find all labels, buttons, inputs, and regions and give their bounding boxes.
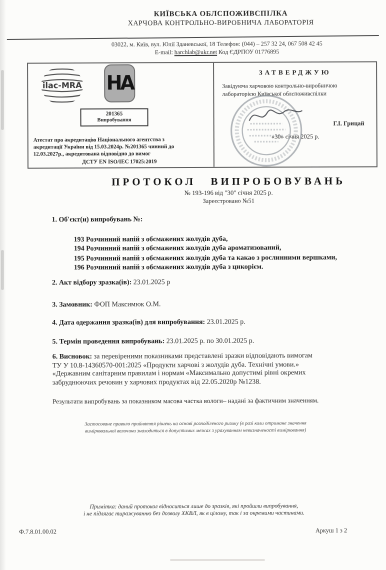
item5-label: 5. Термін проведення випробувань: <box>52 337 164 345</box>
accreditation-cert-box: 201365 Випробування <box>80 108 148 126</box>
letterhead: КИЇВСЬКА ОБЛСПОЖИВСПІЛКА ХАРЧОВА КОНТРОЛ… <box>59 8 383 27</box>
edrpou-code: Код ЄДРПОУ 01776895 <box>219 50 280 56</box>
item2-value: 23.01.2025 р <box>133 278 170 286</box>
approver-name: Г.І. Грицай <box>333 120 364 127</box>
email-address: harchlab@ukr.net <box>174 50 217 56</box>
naau-logo-text: НА <box>106 72 133 95</box>
item4-label: 4. Дата одержання зразка(ів) для випробу… <box>52 318 205 327</box>
protocol-heading: ПРОТОКОЛ ВИПРОБОВУВАНЬ № 193-196 від "30… <box>66 176 386 205</box>
org-name: КИЇВСЬКА ОБЛСПОЖИВСПІЛКА <box>59 8 383 18</box>
accreditation-standard: ДСТУ EN ISO/IEC 17025:2019 <box>33 159 205 166</box>
contact-block: 03022, м. Київ, вул. Юлії Зданевської, 1… <box>55 40 379 57</box>
accreditation-cell: ilac-MRA НА 201365 Випробування Атестат … <box>28 63 214 168</box>
form-code: Ф.7.8.01.00.02 <box>19 529 56 536</box>
item6-label: 6. Висновок: <box>52 352 92 360</box>
sample-row: 196 Розчинний напій з обсмажених жолудів… <box>74 262 376 273</box>
signature-icon <box>246 103 304 129</box>
cert-scope: Випробування <box>81 117 147 123</box>
sheet-number: Аркуш 1 з 2 <box>315 527 347 534</box>
footer-form-row: Ф.7.8.01.00.02 Аркуш 1 з 2 <box>19 527 347 535</box>
item4-value: 23.01.2025 р. <box>207 318 246 326</box>
item5-value: 23.01.2025 р. по 30.01.2025 р. <box>166 337 254 345</box>
approval-cell: ЗАТВЕРДЖУЮ Завідуюча харчовою контрольно… <box>214 62 376 167</box>
item3-customer: 3. Замовник: ФОП Максимюк О.М. <box>52 299 376 308</box>
email-label: E-mail: <box>155 50 173 56</box>
item6-conclusion: 6. Висновок: за перевіреними показниками… <box>52 351 376 387</box>
item2-sampling-act: 2. Акт відбору зразка(ів): 23.01.2025 р <box>52 277 376 286</box>
email-line: E-mail: harchlab@ukr.net Код ЄДРПОУ 0177… <box>55 48 379 57</box>
protocol-registration: Зареєстровано №51 <box>66 197 386 205</box>
sample-list: 193 Розчинний напій з обсмажених жолудів… <box>74 234 376 273</box>
header-divider <box>7 35 379 40</box>
item5-test-period: 5. Термін проведення випробувань: 23.01.… <box>52 336 376 345</box>
lab-name: ХАРЧОВА КОНТРОЛЬНО-ВИРОБНИЧА ЛАБОРАТОРІЯ <box>59 18 383 27</box>
item2-label: 2. Акт відбору зразка(ів): <box>52 278 132 286</box>
decision-rule-note: Застосоване правило прийняття рішень на … <box>57 421 335 436</box>
svg-text:ilac-MRA: ilac-MRA <box>42 81 82 90</box>
accreditation-statement: Атестат про акредитацію Національного аг… <box>33 137 205 159</box>
item1-label: 1. Об'єкт(и) випробувань №: <box>52 214 376 223</box>
footer-note: Примітка: даний протокол відноситься лиш… <box>61 503 327 519</box>
approval-title: ЗАТВЕРДЖУЮ <box>214 69 376 77</box>
protocol-body: 1. Об'єкт(и) випробувань №: 193 Розчинни… <box>52 212 376 213</box>
protocol-number: № 193-196 від "30" січня 2025 р. <box>66 189 386 197</box>
naau-logo-icon: НА <box>104 64 135 102</box>
item6-value: за перевіреними показниками представлені… <box>52 351 312 386</box>
ilac-mra-logo-icon: ilac-MRA <box>40 65 84 105</box>
results-note: Результати випробувань за показником мас… <box>52 397 376 405</box>
item3-value: ФОП Максимюк О.М. <box>94 300 161 308</box>
protocol-title: ПРОТОКОЛ ВИПРОБОВУВАНЬ <box>66 176 386 188</box>
accreditation-approval-table: ilac-MRA НА 201365 Випробування Атестат … <box>27 61 377 169</box>
scanned-protocol-page: КИЇВСЬКА ОБЛСПОЖИВСПІЛКА ХАРЧОВА КОНТРОЛ… <box>0 0 386 570</box>
item4-receipt-date: 4. Дата одержання зразка(ів) для випробу… <box>52 317 376 326</box>
item3-label: 3. Замовник: <box>52 300 92 308</box>
